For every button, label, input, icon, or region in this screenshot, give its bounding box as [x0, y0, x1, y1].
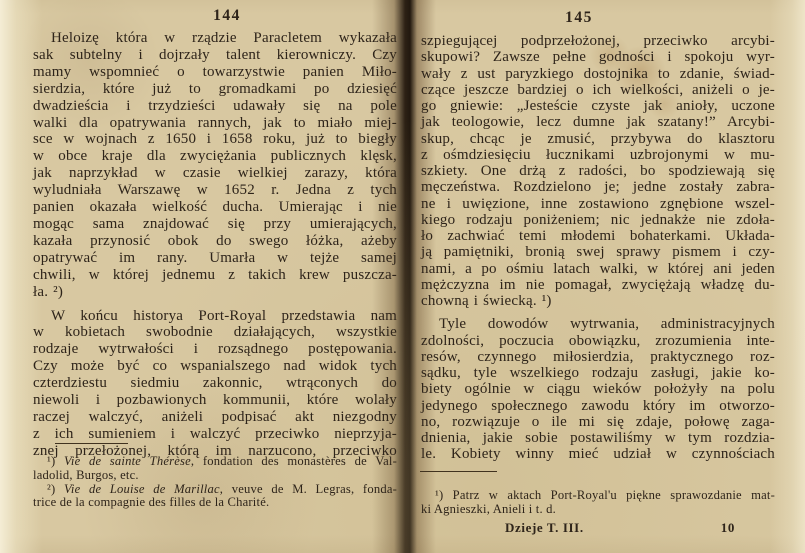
body-text-line: szkiety. One drżą z radości, bo spodziew… [421, 163, 775, 179]
body-text-line: ło zachwiać temi młodemi bohaterkami. Uk… [421, 228, 775, 244]
body-text-line: ła. ²) [33, 284, 397, 301]
right-page-body-text: szpiegującej podprzełożonej, przeciwko a… [421, 33, 775, 463]
body-text-line: ją pamiętniki, bronią swej sprawy pismem… [421, 244, 775, 260]
right-footnote-separator [420, 471, 497, 472]
body-text-line: no, rozwiązuje o ile mi się zdaje, połow… [421, 414, 775, 430]
body-text-line: rodzaje wytrwałości i rozsądnego postępo… [33, 341, 397, 358]
footnote-line: ¹) Patrz w aktach Port-Royal'u piękne sp… [421, 489, 775, 503]
body-text-line: nami, a po ośmiu latach walki, w której … [421, 261, 775, 277]
body-text-line: opatrywać im rany. Umarła w tejże samej [33, 250, 397, 267]
body-text-line: z ośmdziesięciu łucznikami uzbrojonymi w… [421, 147, 775, 163]
body-text-line: czące jeszcze bardziej o ich wielkości, … [421, 82, 775, 98]
body-text-line: zdolności, poczucia obowiązku, zrozumien… [421, 333, 775, 349]
body-text-line: jedynego społecznego zawodu który im otw… [421, 398, 775, 414]
body-text-line: czterdziestu siedmiu zakonnic, wtrąconyc… [33, 375, 397, 392]
body-text-line: walki dla opatrywania rannych, jak to mi… [33, 115, 397, 132]
body-text-line: z ich sumieniem i walczyć przeciwko niep… [33, 426, 397, 443]
body-text-line: w kobietach swobodnie działających, wszy… [33, 324, 397, 341]
body-text-line: sce w wojnach z 1650 i 1658 roku, już to… [33, 131, 397, 148]
body-text-line: dnienia, jakie sobie postawiliśmy w tym … [421, 430, 775, 446]
body-text-line: le. Kobiety winny mieć udział w czynnośc… [421, 446, 775, 462]
body-text-line: mężczyzna im nie pomagał, zwyciężają wła… [421, 277, 775, 293]
book-scan: 144 145 Heloizę która w rządzie Paraclet… [0, 0, 805, 553]
right-page-number: 145 [421, 9, 775, 27]
body-text-line: raczej walczyć, aniżeli podpisać akt nie… [33, 409, 397, 426]
body-text-line: go gniewie: „Jesteście czyste jak anioły… [421, 98, 775, 114]
body-text-line: wyludniała Warszawę w 1652 r. Jedna z ty… [33, 182, 397, 199]
body-text-line: Tyle dowodów wytrwania, administracyjnyc… [421, 316, 775, 332]
signature-volume: Dzieje T. III. [505, 521, 584, 535]
body-text-line: szpiegującej podprzełożonej, przeciwko a… [421, 33, 775, 49]
body-text-line: biety ogólnie w ciągu wieków położyły na… [421, 381, 775, 397]
body-text-line: dwadzieścia i trzydzieści udawały się na… [33, 98, 397, 115]
body-text-line: chowną i świecką. ¹) [421, 293, 775, 309]
right-footnote-lines: ¹) Patrz w aktach Port-Royal'u piękne sp… [421, 489, 775, 517]
left-page-footnotes: ¹) Vie de sainte Thérèse, fondation des … [33, 455, 397, 510]
left-page-number: 144 [33, 7, 397, 25]
left-footnote-separator [55, 443, 128, 444]
body-text-line: Czy może być co wspanialszego nad widok … [33, 358, 397, 375]
body-text-line: skup, chcąc je zmusić, przybywa do klasz… [421, 131, 775, 147]
body-text-line: Heloizę która w rządzie Paracletem wykaz… [33, 30, 397, 47]
body-text-line: wały z ust paryzkiego dostojnika to zdan… [421, 66, 775, 82]
signature-sheet-number: 10 [721, 521, 735, 535]
body-text-line: sądku, tyle wszelkiego rodzaju zasługi, … [421, 365, 775, 381]
body-text-line: ne i uwięzione, inne zostawiono zgnębion… [421, 196, 775, 212]
footnote-line: trice de la compagnie des filles de la C… [33, 496, 397, 510]
body-text-line: w obce kraje dla zwyciężania publicznych… [33, 148, 397, 165]
body-text-line: mamy wspomnieć o towarzystwie panien Mił… [33, 64, 397, 81]
body-text-line: chwili, w której jednemu z takich krew p… [33, 267, 397, 284]
right-page-footnotes: ¹) Patrz w aktach Port-Royal'u piękne sp… [421, 489, 775, 534]
body-text-line: panien okazała wielkość ducha. Umierając… [33, 199, 397, 216]
signature-line: Dzieje T. III. 10 [421, 521, 775, 535]
footnote-line: ladolid, Burgos, etc. [33, 469, 397, 483]
body-text-line: skupowi? Zawsze pełne godności i spokoju… [421, 49, 775, 65]
body-text-line: W końcu historya Port-Royal przedstawia … [33, 308, 397, 325]
footnote-line: ¹) Vie de sainte Thérèse, fondation des … [33, 455, 397, 469]
body-text-line: niewoli i pozbawionych kommunii, które w… [33, 392, 397, 409]
body-text-line: mogąc sama znajdować się przy umierający… [33, 216, 397, 233]
body-text-line: kiego rodzaju poniżeniem; nic jednakże n… [421, 212, 775, 228]
body-text-line: męczeństwa. Rozdzielono je; jedne został… [421, 179, 775, 195]
left-page-body-text: Heloizę która w rządzie Paracletem wykaz… [33, 30, 397, 460]
body-text-line: resów, czynnego miłosierdzia, praktyczne… [421, 349, 775, 365]
body-text-line: jak teologowie, lecz dumne jak szatany!”… [421, 114, 775, 130]
footnote-line: ki Agnieszki, Anieli i t. d. [421, 503, 775, 517]
footnote-line: ²) Vie de Louise de Marillac, veuve de M… [33, 483, 397, 497]
body-text-line: sak subtelny i dojrzały talent kierownic… [33, 47, 397, 64]
body-text-line: kazała przynosić obok do swego łóżka, aż… [33, 233, 397, 250]
body-text-line: sierdzia, które już to gromadkami po dzi… [33, 81, 397, 98]
body-text-line: jak naprzykład w czasie wielkiej zarazy,… [33, 165, 397, 182]
